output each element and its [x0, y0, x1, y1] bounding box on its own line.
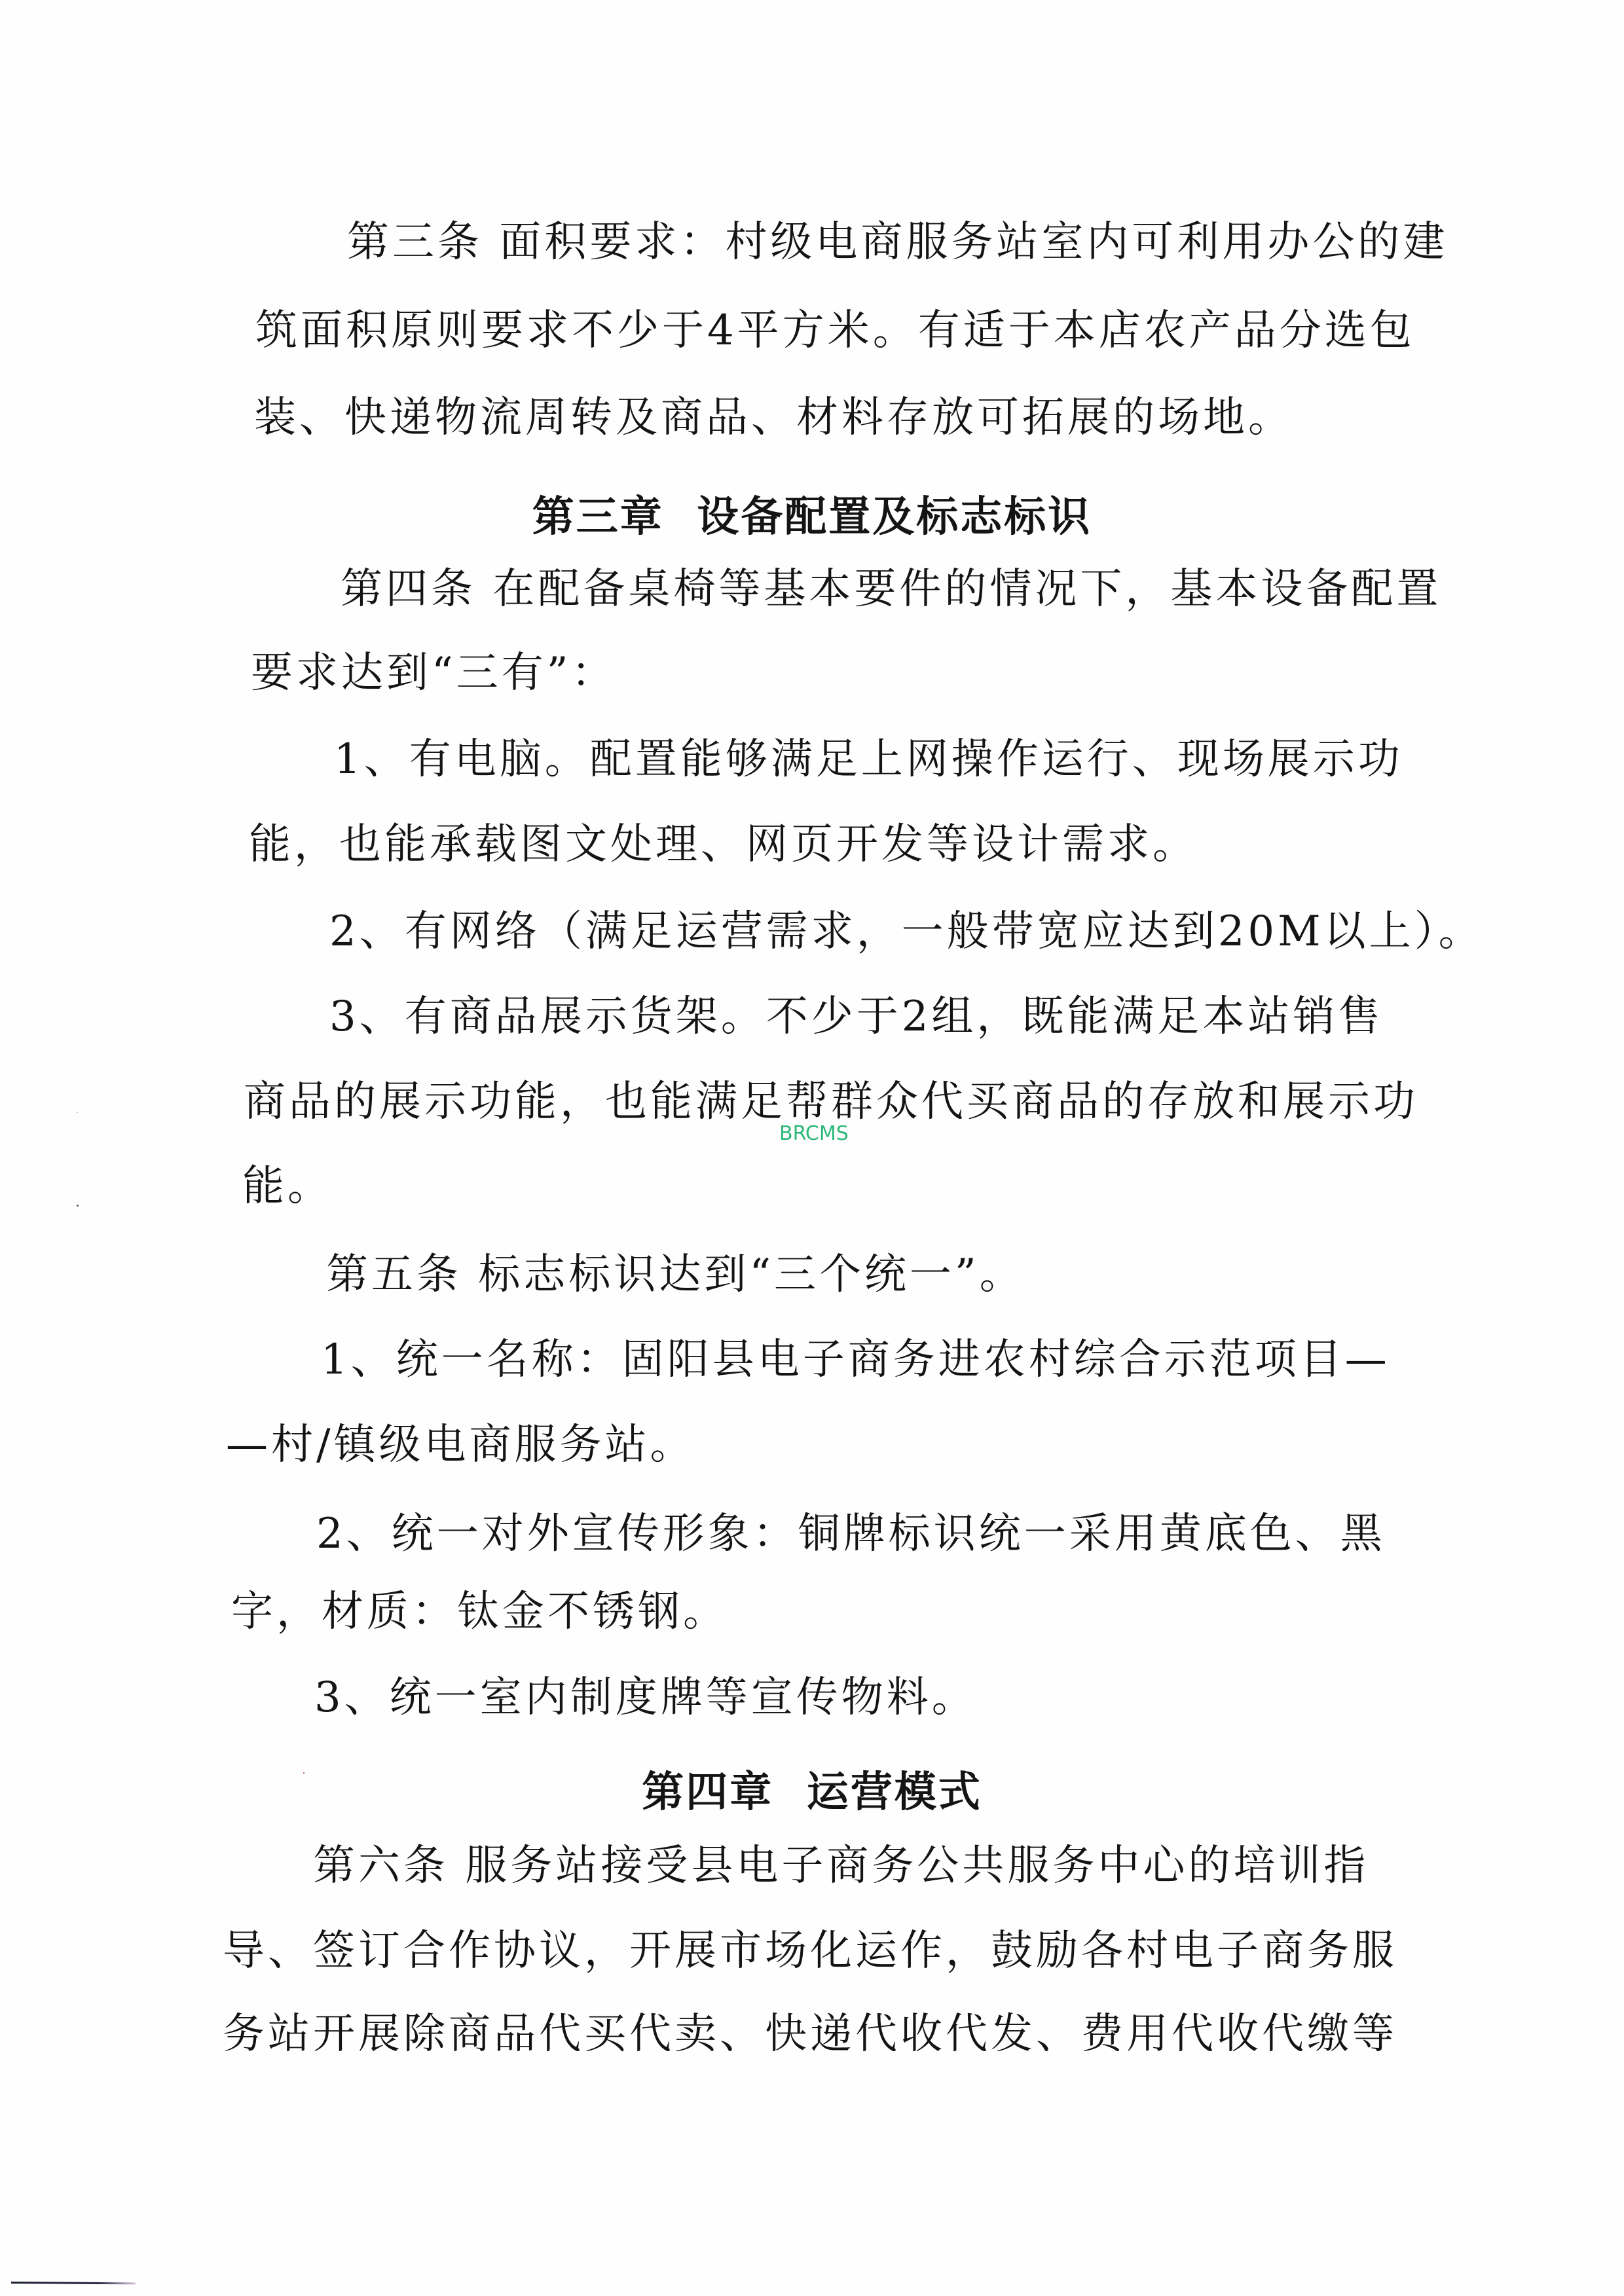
article-5-item-1-line-2: —村/镇级电商服务站。 — [226, 1419, 695, 1471]
article-5-item-1-line-1: 1、统一名称：固阳县电子商务进农村综合示范项目— — [321, 1334, 1390, 1386]
article-4-item-1-line-1: 1、有电脑。配置能够满足上网操作运行、现场展示功 — [334, 733, 1403, 786]
scan-edge-line — [11, 2282, 136, 2284]
article-5-item-3-line-1: 3、统一室内制度牌等宣传物料。 — [314, 1671, 977, 1724]
article-4-item-3-line-1: 3、有商品展示货架。不少于2组，既能满足本站销售 — [329, 991, 1383, 1043]
scan-speck — [303, 1772, 304, 1774]
article-5-item-2-line-2: 字，材质：钛金不锈钢。 — [231, 1586, 728, 1638]
article-3-line-3: 装、快递物流周转及商品、材料存放可拓展的场地。 — [254, 392, 1293, 444]
article-4-item-3-line-2: 商品的展示功能，也能满足帮群众代买商品的存放和展示功 — [244, 1076, 1418, 1128]
article-3-line-2: 筑面积原则要求不少于4平方米。有适于本店农产品分选包 — [255, 304, 1415, 357]
scan-speck — [77, 1205, 79, 1207]
document-page: 第三条 面积要求：村级电商服务站室内可利用办公的建 筑面积原则要求不少于4平方米… — [0, 0, 1624, 2296]
article-6-line-2: 导、签订合作协议，开展市场化运作，鼓励各村电子商务服 — [223, 1925, 1397, 1977]
article-3-line-1: 第三条 面积要求：村级电商服务站室内可利用办公的建 — [347, 216, 1448, 268]
article-4-item-2-line-1: 2、有网络（满足运营需求，一般带宽应达到20M以上）。 — [329, 905, 1484, 958]
article-4-item-3-line-3: 能。 — [242, 1160, 333, 1212]
article-5-item-2-line-1: 2、统一对外宣传形象：铜牌标识统一采用黄底色、黑 — [316, 1508, 1386, 1560]
chapter-4-heading: 第四章 运营模式 — [0, 1766, 1624, 1819]
chapter-3-heading: 第三章 设备配置及标志标识 — [0, 491, 1624, 543]
article-6-line-3: 务站开展除商品代买代卖、快递代收代发、费用代收代缴等 — [223, 2008, 1397, 2060]
article-5-line-1: 第五条 标志标识达到“三个统一”。 — [326, 1248, 1025, 1301]
article-6-line-1: 第六条 服务站接受县电子商务公共服务中心的培训指 — [313, 1840, 1369, 1892]
watermark-brcms: BRCMS — [779, 1122, 849, 1146]
article-4-item-1-line-2: 能，也能承载图文处理、网页开发等设计需求。 — [249, 818, 1198, 871]
article-4-line-2: 要求达到“三有”： — [251, 647, 616, 699]
scan-speck — [77, 1112, 78, 1113]
article-4-line-1: 第四条 在配备桌椅等基本要件的情况下，基本设备配置 — [341, 563, 1441, 615]
